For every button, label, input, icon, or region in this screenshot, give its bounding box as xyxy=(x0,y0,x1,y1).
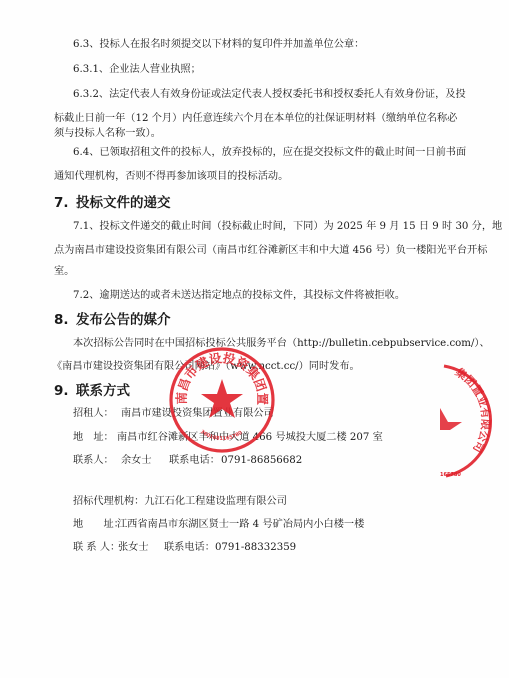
agency-phone-label: 联系电话： xyxy=(164,542,215,553)
agency-name-row: 招标代理机构：九江石化工程建设监理有限公司 xyxy=(73,495,287,509)
lessor-name-value: 南昌市建设投资集团置业有限公司 xyxy=(121,408,274,419)
lessor-address-row: 地 址：南昌市红谷滩新区丰和中大道 466 号城投大厦二楼 207 室 xyxy=(73,431,383,445)
paragraph-8-line2: 《南昌市建设投资集团有限公司网站》（www.ncct.cc/）同时发布。 xyxy=(52,360,360,374)
agency-address-label: 地 址： xyxy=(73,518,117,532)
lessor-contact-value: 余女士 xyxy=(121,454,169,468)
seal-text: 南昌市建设投资集团置业有限公司 xyxy=(167,345,270,406)
lessor-address-value: 南昌市红谷滩新区丰和中大道 466 号城投大厦二楼 207 室 xyxy=(117,432,383,443)
section-7-heading: 7.投标文件的递交 xyxy=(54,194,171,212)
paragraph-8-line1: 本次招标公告同时在中国招标投标公共服务平台（http://bulletin.ce… xyxy=(73,337,490,351)
svg-text:集团置业有限公司: 集团置业有限公司 xyxy=(453,365,493,456)
paragraph-6-4-line1: 6.4、已领取招租文件的投标人，放弃投标的，应在提交投标文件的截止时间一日前书面 xyxy=(73,146,466,160)
paragraph-7-1-line1: 7.1、投标文件递交的截止时间（投标截止时间，下同）为 2025 年 9 月 1… xyxy=(73,220,502,234)
lessor-address-label: 地 址： xyxy=(73,431,117,445)
lessor-contact-row: 联系人：余女士联系电话：0791-86856682 xyxy=(73,454,302,468)
section-9-number: 9. xyxy=(54,382,76,400)
paragraph-6-3: 6.3、投标人在报名时须提交以下材料的复印件并加盖单位公章： xyxy=(73,38,364,52)
lessor-phone-label: 联系电话： xyxy=(169,454,221,468)
section-8-heading: 8.发布公告的媒介 xyxy=(54,311,171,329)
paragraph-6-4-line2: 通知代理机构，否则不得再参加该项目的投标活动。 xyxy=(54,170,288,184)
paragraph-7-2: 7.2、逾期送达的或者未送达指定地点的投标文件，其投标文件将被拒收。 xyxy=(73,289,405,303)
section-7-number: 7. xyxy=(54,194,76,212)
lessor-phone-value: 0791-86856682 xyxy=(221,455,302,466)
agency-address-value: 江西省南昌市东湖区贤士一路 4 号矿冶局内小白楼一楼 xyxy=(117,519,364,530)
paragraph-6-3-2-line3: 须与投标人名称一致）。 xyxy=(54,127,161,141)
agency-contact-value: 张女士 xyxy=(118,541,164,555)
partial-seal-text: 集团置业有限公司 xyxy=(453,365,493,456)
agency-contact-row: 联 系 人：张女士联系电话：0791-88332359 xyxy=(73,541,296,555)
svg-text:南昌市建设投资集团置业有限公司: 南昌市建设投资集团置业有限公司 xyxy=(167,345,270,406)
section-7-title: 投标文件的递交 xyxy=(76,195,171,211)
section-9-title: 联系方式 xyxy=(76,383,130,399)
agency-phone-value: 0791-88332359 xyxy=(215,542,296,553)
paragraph-6-3-2-line1: 6.3.2、法定代表人有效身份证或法定代表人授权委托书和授权委托人有效身份证，及… xyxy=(73,88,466,102)
lessor-name-label: 招租人： xyxy=(73,407,121,421)
partial-seal-stamp: 集团置业有限公司 165780 xyxy=(440,360,509,480)
agency-name-label: 招标代理机构： xyxy=(73,496,144,507)
section-9-heading: 9.联系方式 xyxy=(54,382,130,400)
half-star-icon xyxy=(440,408,462,430)
paragraph-7-1-line2: 点为南昌市建设投资集团有限公司（南昌市红谷滩新区丰和中大道 456 号）负一楼阳… xyxy=(54,244,487,258)
section-8-title: 发布公告的媒介 xyxy=(76,312,171,328)
section-8-number: 8. xyxy=(54,311,76,329)
paragraph-6-3-1: 6.3.1、企业法人营业执照； xyxy=(73,63,201,77)
paragraph-7-1-line3: 室。 xyxy=(54,265,74,279)
partial-seal-code: 165780 xyxy=(440,472,461,478)
lessor-contact-label: 联系人： xyxy=(73,454,121,468)
agency-contact-label: 联 系 人： xyxy=(73,541,118,555)
agency-name-value: 九江石化工程建设监理有限公司 xyxy=(144,496,287,507)
paragraph-6-3-2-line2: 标截止日前一年（12 个月）内任意连续六个月在本单位的社保证明材料（缴纳单位名称… xyxy=(54,112,457,126)
agency-address-row: 地 址：江西省南昌市东湖区贤士一路 4 号矿冶局内小白楼一楼 xyxy=(73,518,364,532)
lessor-name-row: 招租人：南昌市建设投资集团置业有限公司 xyxy=(73,407,274,421)
